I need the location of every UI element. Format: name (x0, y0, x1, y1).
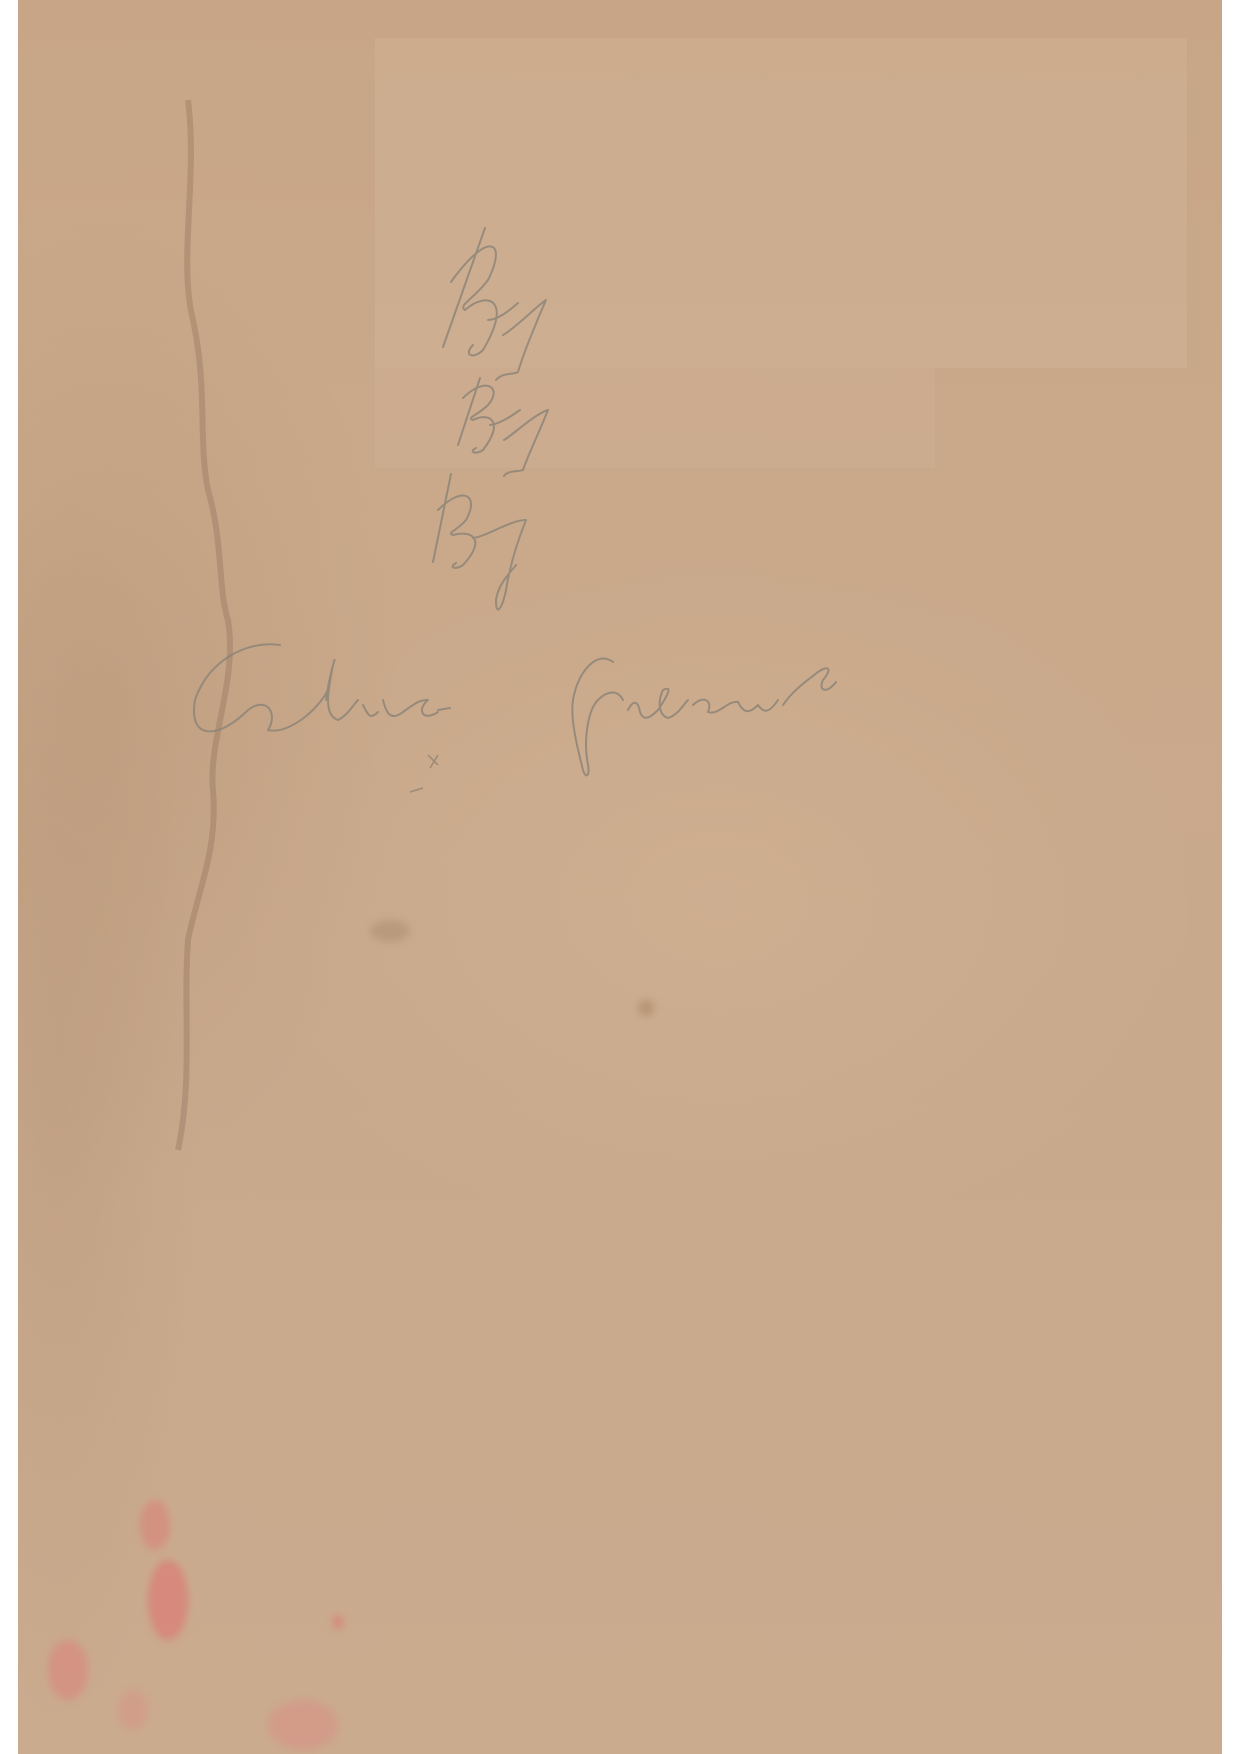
red-stain (140, 1500, 170, 1550)
handwritten-line-2: By (438, 380, 516, 450)
handwritten-line-3: By (428, 490, 506, 560)
scanned-page: By By By Alice Gabeaud (18, 0, 1222, 1754)
red-stain (333, 1615, 343, 1629)
water-stain-edge (168, 60, 258, 1160)
red-stain (148, 1560, 188, 1640)
red-stain (118, 1690, 148, 1730)
pencil-mark (428, 755, 438, 768)
brown-spot (638, 1000, 654, 1016)
handwritten-line-1: By (438, 260, 516, 330)
red-stain (48, 1640, 88, 1700)
red-stain (268, 1700, 338, 1750)
signature-text: Alice Gabeaud (198, 650, 712, 732)
brown-spot (370, 920, 410, 942)
pencil-mark (410, 788, 423, 792)
